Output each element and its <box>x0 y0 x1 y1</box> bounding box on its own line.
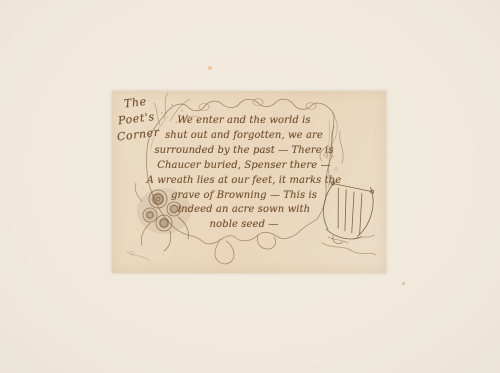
ground-foliage-bottom-right <box>322 235 376 255</box>
inscription-line: We enter and the world is <box>136 114 352 129</box>
foxing-spot <box>402 282 405 285</box>
inscription-line: Chaucer buried, Spenser there — <box>136 159 352 174</box>
inscription-line: noble seed — <box>136 218 352 233</box>
inscription-text: We enter and the world is shut out and f… <box>136 114 352 233</box>
etching-plate: The Poet's Corner We enter and the world… <box>112 91 386 273</box>
scanned-page: The Poet's Corner We enter and the world… <box>0 0 500 373</box>
inscription-line: surrounded by the past — There is <box>136 144 352 159</box>
inscription-line: shut out and forgotten, we are <box>136 129 352 144</box>
foxing-spot <box>208 66 212 70</box>
inscription-line: A wreath lies at our feet, it marks the <box>136 174 352 189</box>
inscription-line: indeed an acre sown with <box>136 203 352 218</box>
inscription-line: grave of Browning — This is <box>136 189 352 204</box>
